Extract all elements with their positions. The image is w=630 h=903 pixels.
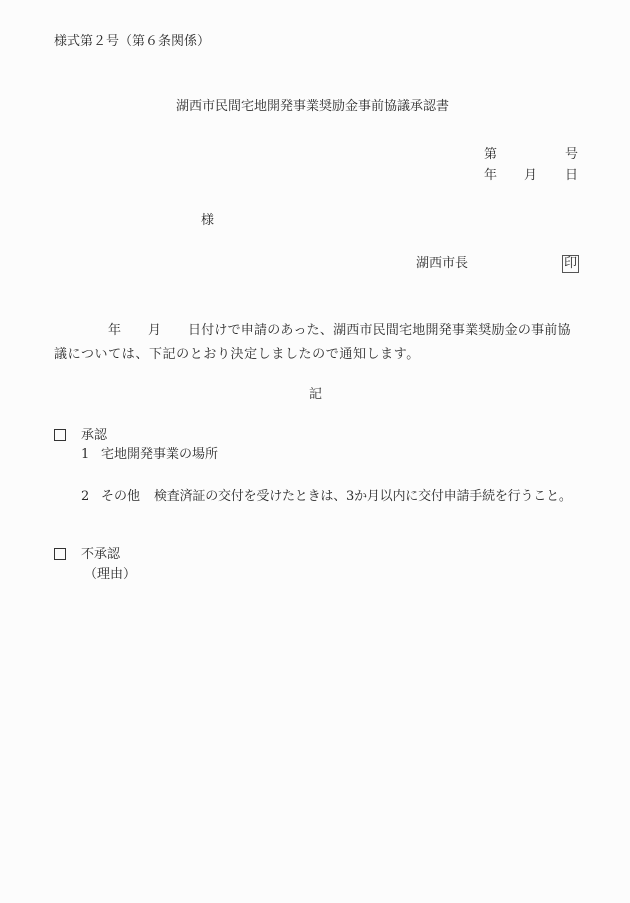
item1-number: 1 [81, 447, 89, 463]
checkbox-icon[interactable] [54, 429, 66, 441]
disapproval-reason: （理由） [84, 567, 136, 583]
body-year: 年 [108, 323, 121, 339]
ki-heading: 記 [309, 387, 322, 403]
seal-mark: 印 [562, 255, 579, 273]
disapproval-label: 不承認 [81, 547, 120, 563]
seal-icon: 印 [562, 255, 579, 273]
disapproval-checkbox[interactable] [54, 548, 66, 564]
body-line1: 日付けで申請のあった、湖西市民間宅地開発事業奨励金の事前協 [188, 323, 571, 339]
issue-date-month: 月 [524, 168, 537, 184]
addressee-suffix: 様 [201, 213, 214, 229]
checkbox-icon[interactable] [54, 548, 66, 560]
doc-number-prefix: 第 [484, 147, 497, 163]
issuer-name: 湖西市長 [416, 256, 468, 272]
document-title: 湖西市民間宅地開発事業奨励金事前協議承認書 [176, 99, 449, 115]
item2-text: 検査済証の交付を受けたときは、3か月以内に交付申請手続を行うこと。 [154, 489, 572, 505]
doc-number-suffix: 号 [565, 147, 578, 163]
body-month: 月 [148, 323, 161, 339]
issue-date-day: 日 [565, 168, 578, 184]
approval-checkbox[interactable] [54, 429, 66, 445]
issue-date-year: 年 [484, 168, 497, 184]
approval-label: 承認 [81, 428, 107, 444]
form-number: 様式第２号（第６条関係） [54, 34, 210, 50]
body-line2: 議については、下記のとおり決定しましたので通知します。 [54, 347, 420, 363]
item2-label: その他 [101, 489, 140, 505]
item1-label: 宅地開発事業の場所 [101, 447, 218, 463]
item2-number: 2 [81, 489, 89, 505]
